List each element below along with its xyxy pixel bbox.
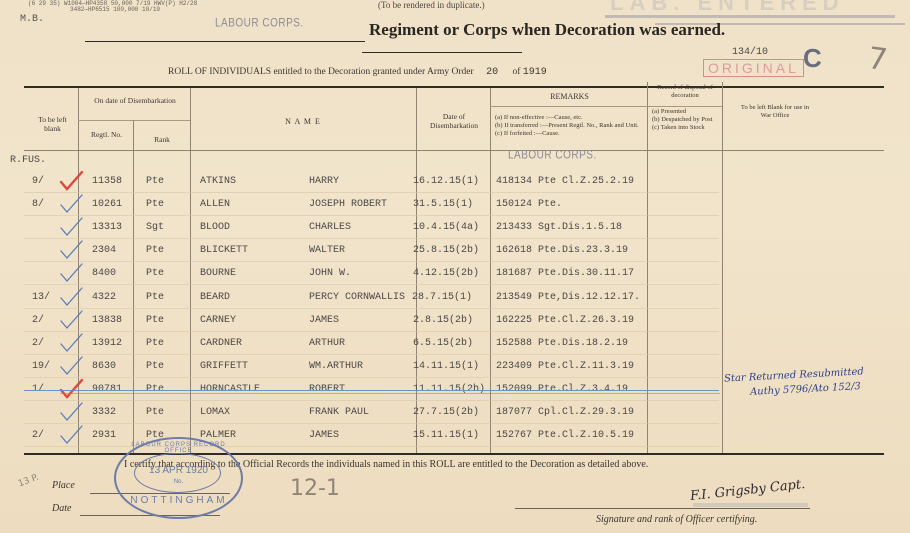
surname: ATKINS <box>200 176 236 187</box>
forenames: JOSEPH ROBERT <box>309 199 387 210</box>
forenames: PERCY CORNWALLIS <box>309 292 405 303</box>
regtl-no: 13912 <box>92 338 122 349</box>
roll-heading: ROLL OF INDIVIDUALS entitled to the Deco… <box>168 67 547 78</box>
header-subrule <box>78 120 190 121</box>
ink-smear <box>605 15 895 18</box>
forenames: JAMES <box>309 315 339 326</box>
disembarkation-date: 28.7.15(1) <box>412 292 472 303</box>
margin-pencil-note: 13 P. <box>17 473 40 490</box>
col-header-date-disembarkation: Date of Disembarkation <box>418 112 490 130</box>
rank: Pte <box>146 268 164 279</box>
labour-corps-stamp-remarks: LABOUR CORPS. <box>508 149 597 162</box>
forenames: WALTER <box>309 245 345 256</box>
rank: Pte <box>146 361 164 372</box>
col-header-rank: Rank <box>134 135 190 144</box>
row-mark: 8/ <box>32 199 44 210</box>
rank: Pte <box>146 176 164 187</box>
rank: Sgt <box>146 222 164 233</box>
table-row: 2/ 13838 Pte CARNEY JAMES 2.8.15(2b) 162… <box>0 311 910 334</box>
roll-heading-text: ROLL OF INDIVIDUALS entitled to the Deco… <box>168 67 474 77</box>
remarks: 213549 Pte,Dis.12.12.17. <box>496 292 640 303</box>
row-rule <box>24 215 719 216</box>
disposal-instructions: (a) Presented (b) Despatched by Post (c)… <box>652 108 720 132</box>
blue-checkmark-icon <box>58 239 84 261</box>
labour-corps-stamp-top: LABOUR CORPS. <box>215 17 304 30</box>
blue-checkmark-icon <box>58 424 84 446</box>
blue-checkmark-icon <box>58 332 84 354</box>
disembarkation-date: 15.11.15(1) <box>413 430 479 441</box>
title-rule-left <box>85 41 365 42</box>
row-rule <box>24 238 719 239</box>
surname: BEARD <box>200 292 230 303</box>
regtl-no: 13313 <box>92 222 122 233</box>
header-subrule <box>490 106 722 107</box>
unit-label: R.FUS. <box>10 155 46 166</box>
surname: BLOOD <box>200 222 230 233</box>
surname: PALMER <box>200 430 236 441</box>
officer-signature: F.I. Grigsby Capt. <box>690 477 806 504</box>
page-title: Regiment or Corps when Decoration was ea… <box>369 20 725 40</box>
row-mark: 2/ <box>32 338 44 349</box>
blue-checkmark-icon <box>58 309 84 331</box>
surname: BLICKETT <box>200 245 248 256</box>
regtl-no: 8630 <box>92 361 116 372</box>
surname: CARNEY <box>200 315 236 326</box>
regtl-no: 10261 <box>92 199 122 210</box>
remarks: 162618 Pte.Dis.23.3.19 <box>496 245 628 256</box>
regtl-no: 4322 <box>92 292 116 303</box>
rank: Pte <box>146 292 164 303</box>
disposal-instruction-a: (a) Presented <box>652 108 720 116</box>
remarks: 162225 Pte.Cl.Z.26.3.19 <box>496 315 634 326</box>
col-header-name: N A M E <box>190 117 416 126</box>
forenames: JAMES <box>309 430 339 441</box>
row-rule <box>24 377 719 378</box>
pencil-number: 12-1 <box>290 476 340 501</box>
disembarkation-date: 25.8.15(2b) <box>413 245 479 256</box>
army-order-year: 1919 <box>523 67 547 78</box>
blue-checkmark-icon <box>58 355 84 377</box>
red-checkmark-icon <box>58 378 84 400</box>
row-mark: 13/ <box>32 292 50 303</box>
row-rule <box>24 331 719 332</box>
blue-checkmark-icon <box>58 193 84 215</box>
table-top-rule <box>24 86 884 88</box>
col-header-war-office: To be left Blank for use in War Office <box>735 104 815 120</box>
signature-caption: Signature and rank of Officer certifying… <box>596 514 757 525</box>
surname: ALLEN <box>200 199 230 210</box>
remarks: 418134 Pte Cl.Z.25.2.19 <box>496 176 634 187</box>
strikethrough-line <box>24 390 719 391</box>
red-checkmark-icon <box>58 170 84 192</box>
stamp-bottom-text: NOTTINGHAM <box>124 495 234 506</box>
table-row: 8/ 10261 Pte ALLEN JOSEPH ROBERT 31.5.15… <box>0 195 910 218</box>
class-letter: C <box>803 43 822 74</box>
disembarkation-date: 6.5.15(2b) <box>413 338 473 349</box>
army-order-number: 20 <box>486 67 498 78</box>
col-header-record-disposal: Record of disposal of decoration <box>649 84 721 100</box>
table-row: 13313 Sgt BLOOD CHARLES 10.4.15(4a) 2134… <box>0 218 910 241</box>
remarks: 181687 Pte.Dis.30.11.17 <box>496 268 634 279</box>
col-header-regtl-no: Regtl. No. <box>80 130 133 139</box>
row-rule <box>24 284 719 285</box>
rank: Pte <box>146 407 164 418</box>
remarks-instructions: (a) If non-effective :—Cause, etc. (b) I… <box>495 114 645 138</box>
header-bottom-rule <box>24 150 884 151</box>
faded-stamp: LAB. ENTERED <box>610 0 845 16</box>
signature-line <box>515 508 810 509</box>
regtl-no: 11358 <box>92 176 122 187</box>
title-underline <box>362 52 522 53</box>
forenames: WM.ARTHUR <box>309 361 363 372</box>
strikethrough-line <box>60 393 720 394</box>
table-row: 13/ 4322 Pte BEARD PERCY CORNWALLIS 28.7… <box>0 288 910 311</box>
table-row: 3332 Pte LOMAX FRANK PAUL 27.7.15(2b) 18… <box>0 403 910 426</box>
row-mark: 19/ <box>32 361 50 372</box>
table-row: 8400 Pte BOURNE JOHN W. 4.12.15(2b) 1816… <box>0 264 910 287</box>
forenames: FRANK PAUL <box>309 407 369 418</box>
original-stamp: ORIGINAL <box>703 59 804 77</box>
rank: Pte <box>146 199 164 210</box>
blue-checkmark-icon <box>58 286 84 308</box>
remarks: 187077 Cpl.Cl.Z.29.3.19 <box>496 407 634 418</box>
table-row: 2/ 13912 Pte CARDNER ARTHUR 6.5.15(2b) 1… <box>0 334 910 357</box>
remarks-instruction-a: (a) If non-effective :—Cause, etc. <box>495 114 645 122</box>
regtl-no: 13838 <box>92 315 122 326</box>
blue-checkmark-icon <box>58 401 84 423</box>
row-mark: 2/ <box>32 430 44 441</box>
rendered-note: (To be rendered in duplicate.) <box>378 0 485 10</box>
remarks: 152588 Pte.Dis.18.2.19 <box>496 338 628 349</box>
remarks-instruction-b: (b) If transferred :—Present Regtl. No.,… <box>495 122 645 130</box>
row-rule <box>24 400 719 401</box>
row-mark: 2/ <box>32 315 44 326</box>
regtl-no: 2931 <box>92 430 116 441</box>
remarks: 152767 Pte.Cl.Z.10.5.19 <box>496 430 634 441</box>
remarks: 213433 Sgt.Dis.1.5.18 <box>496 222 622 233</box>
disposal-instruction-c: (c) Taken into Stock <box>652 124 720 132</box>
regtl-no: 3332 <box>92 407 116 418</box>
surname: LOMAX <box>200 407 230 418</box>
office-mark: M.B. <box>20 14 44 25</box>
row-rule <box>24 354 719 355</box>
surname: CARDNER <box>200 338 242 349</box>
corner-pencil-mark: 7 <box>866 41 890 78</box>
date-label: Date <box>52 503 71 514</box>
stamp-date: 13 APR 1920 <box>136 465 221 476</box>
reference-number: 134/10 <box>732 47 768 58</box>
disembarkation-date: 4.12.15(2b) <box>413 268 479 279</box>
stamp-no: No. <box>136 479 221 485</box>
surname: BOURNE <box>200 268 236 279</box>
disembarkation-date: 31.5.15(1) <box>413 199 473 210</box>
forenames: CHARLES <box>309 222 351 233</box>
rank: Pte <box>146 245 164 256</box>
rank: Pte <box>146 315 164 326</box>
row-rule <box>24 308 719 309</box>
regtl-no: 8400 <box>92 268 116 279</box>
disposal-instruction-b: (b) Despatched by Post <box>652 116 720 124</box>
place-label: Place <box>52 480 75 491</box>
faded-rank-stamp <box>693 503 808 507</box>
forenames: HARRY <box>309 176 339 187</box>
row-rule <box>24 192 719 193</box>
record-office-stamp: LABOUR CORPS RECORD OFFICE 13 APR 1920 N… <box>114 437 243 519</box>
row-mark: 9/ <box>32 176 44 187</box>
table-row: 2304 Pte BLICKETT WALTER 25.8.15(2b) 162… <box>0 241 910 264</box>
forenames: ARTHUR <box>309 338 345 349</box>
col-header-on-date-group: On date of Disembarkation <box>80 96 190 105</box>
col-header-to-be-left-blank: To be left blank <box>30 115 75 133</box>
forenames: JOHN W. <box>309 268 351 279</box>
remarks-instruction-c: (c) If forfeited :—Cause. <box>495 130 645 138</box>
rank: Pte <box>146 338 164 349</box>
blue-checkmark-icon <box>58 262 84 284</box>
surname: GRIFFETT <box>200 361 248 372</box>
disembarkation-date: 2.8.15(2b) <box>413 315 473 326</box>
col-header-remarks: REMARKS <box>492 92 647 101</box>
print-code-line-2: 3482—HP6515 100,000 10/19 <box>70 6 160 13</box>
table-row: 9/ 11358 Pte ATKINS HARRY 16.12.15(1) 41… <box>0 172 910 195</box>
disembarkation-date: 10.4.15(4a) <box>413 222 479 233</box>
row-rule <box>24 423 719 424</box>
roll-heading-of: of <box>512 67 520 77</box>
disembarkation-date: 27.7.15(2b) <box>413 407 479 418</box>
regtl-no: 2304 <box>92 245 116 256</box>
disembarkation-date: 14.11.15(1) <box>413 361 479 372</box>
disembarkation-date: 16.12.15(1) <box>413 176 479 187</box>
blue-checkmark-icon <box>58 216 84 238</box>
remarks: 223409 Pte.Cl.Z.11.3.19 <box>496 361 634 372</box>
row-rule <box>24 261 719 262</box>
remarks: 150124 Pte. <box>496 199 562 210</box>
